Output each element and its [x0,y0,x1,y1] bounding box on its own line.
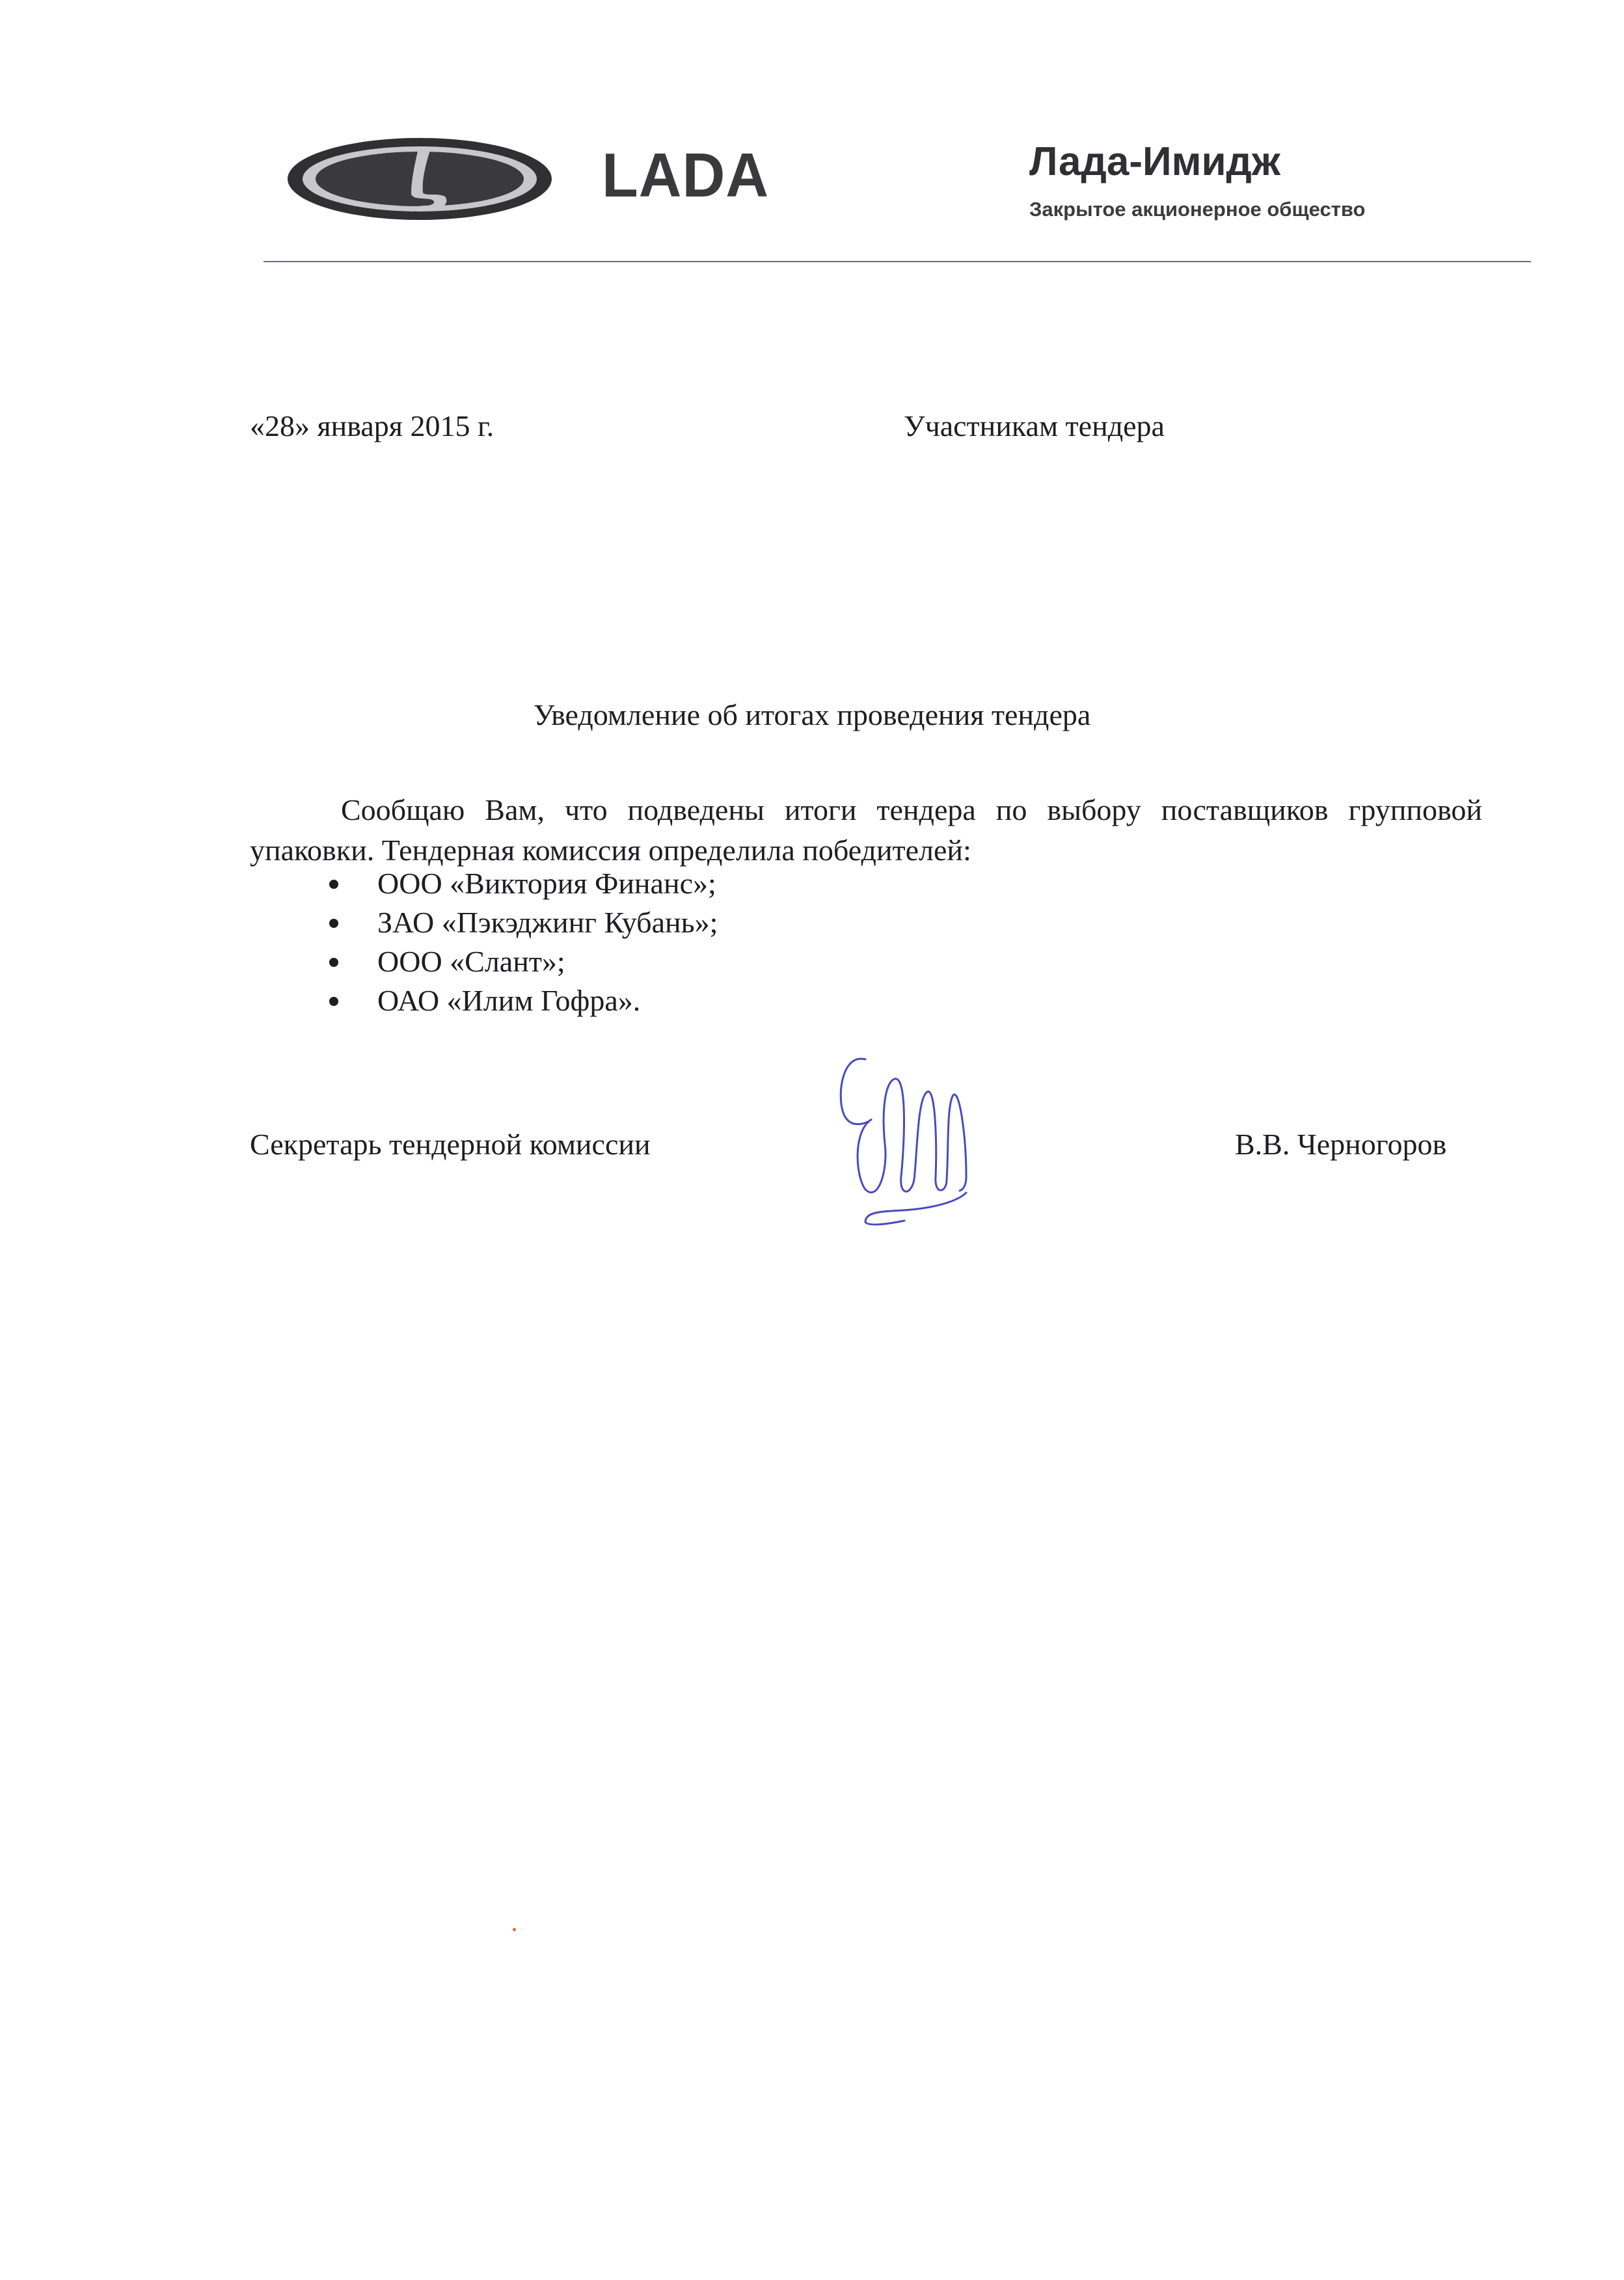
company-type: Закрытое акционерное общество [1029,199,1365,219]
bullet-icon [329,958,338,967]
scan-artifact-dot [513,1928,516,1931]
winner-name: ООО «Виктория Финанс»; [377,867,716,900]
handwritten-signature-icon [826,1046,1048,1235]
winner-name: ЗАО «Пэкэджинг Кубань»; [377,906,718,939]
body-paragraph-text: Сообщаю Вам, что подведены итоги тендера… [250,793,1482,867]
list-item: ОАО «Илим Гофра». [325,981,718,1020]
letterhead-divider [264,261,1531,262]
list-item: ООО «Виктория Финанс»; [325,864,718,903]
letter-date: «28» января 2015 г. [250,411,494,441]
list-item: ООО «Слант»; [325,942,718,981]
winner-name: ОАО «Илим Гофра». [377,984,640,1017]
addressee: Участникам тендера [904,411,1165,441]
document-title: Уведомление об итогах проведения тендера [0,700,1624,730]
bullet-icon [329,919,338,928]
brand-wordmark: LADA [602,144,769,207]
bullet-icon [329,997,338,1006]
winners-list: ООО «Виктория Финанс»; ЗАО «Пэкэджинг Ку… [325,864,718,1020]
company-name: Лада-Имидж [1029,142,1280,182]
list-item: ЗАО «Пэкэджинг Кубань»; [325,903,718,942]
lada-logo-icon [286,137,553,221]
bullet-icon [329,880,338,889]
signatory-name: В.В. Черногоров [1235,1130,1446,1160]
body-paragraph: Сообщаю Вам, что подведены итоги тендера… [250,790,1482,871]
signatory-role: Секретарь тендерной комиссии [250,1130,651,1160]
winner-name: ООО «Слант»; [377,945,565,978]
